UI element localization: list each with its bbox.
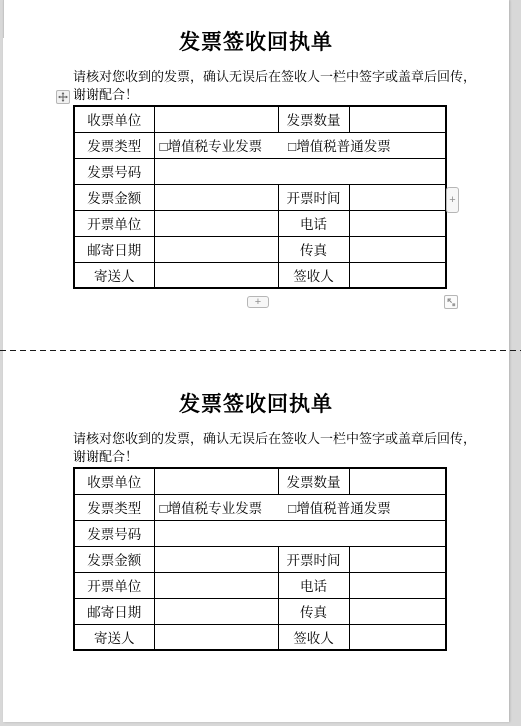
value-issuing-unit[interactable] <box>154 572 278 598</box>
table-row: 寄送人 签收人 <box>74 262 446 288</box>
form-title: 发票签收回执单 <box>3 26 509 56</box>
page-break-divider <box>0 350 521 351</box>
label-invoice-quantity: 发票数量 <box>278 468 349 494</box>
option-label-general: 增值税普通发票 <box>296 501 391 516</box>
label-invoice-number: 发票号码 <box>74 520 154 546</box>
invoice-type-option-general[interactable]: □增值税普通发票 <box>288 501 391 516</box>
label-fax: 传真 <box>278 598 349 624</box>
table-row: 发票类型 □增值税专业发票□增值税普通发票 <box>74 132 446 158</box>
document-canvas: { "background": { "outer_color": "#d8d8d… <box>0 0 521 726</box>
checkbox-empty-icon[interactable]: □ <box>160 139 168 154</box>
invoice-type-option-special[interactable]: □增值税专业发票 <box>160 501 263 516</box>
table-resize-handle[interactable] <box>444 295 458 309</box>
table-move-handle[interactable] <box>56 90 70 104</box>
label-fax: 传真 <box>278 236 349 262</box>
value-sender[interactable] <box>154 262 278 288</box>
label-recipient: 签收人 <box>278 262 349 288</box>
table-row: 寄送人 签收人 <box>74 624 446 650</box>
label-sender: 寄送人 <box>74 262 154 288</box>
label-invoice-type: 发票类型 <box>74 132 154 158</box>
form-section-2: 发票签收回执单 请核对您收到的发票，确认无误后在签收人一栏中签字或盖章后回传， … <box>3 362 509 672</box>
label-invoice-amount: 发票金额 <box>74 184 154 210</box>
value-invoice-type[interactable]: □增值税专业发票□增值税普通发票 <box>154 494 446 520</box>
value-invoice-number[interactable] <box>154 520 446 546</box>
receipt-table-1: 收票单位 发票数量 发票类型 □增值税专业发票□增值税普通发票 发票号码 发票金… <box>73 105 447 289</box>
intro-line-1: 请核对您收到的发票，确认无误后在签收人一栏中签字或盖章后回传， <box>73 68 476 86</box>
form-section-1: 发票签收回执单 请核对您收到的发票，确认无误后在签收人一栏中签字或盖章后回传， … <box>3 0 509 310</box>
intro-line-2: 谢谢配合！ <box>73 86 476 104</box>
label-phone: 电话 <box>278 210 349 236</box>
invoice-type-option-special[interactable]: □增值税专业发票 <box>160 139 263 154</box>
form-title: 发票签收回执单 <box>3 388 509 418</box>
intro-line-1: 请核对您收到的发票，确认无误后在签收人一栏中签字或盖章后回传， <box>73 430 476 448</box>
option-label-special: 增值税专业发票 <box>168 501 263 516</box>
label-issuing-unit: 开票单位 <box>74 210 154 236</box>
intro-paragraph: 请核对您收到的发票，确认无误后在签收人一栏中签字或盖章后回传， 谢谢配合！ <box>73 430 476 466</box>
add-row-button[interactable]: + <box>247 296 269 308</box>
value-mailing-date[interactable] <box>154 236 278 262</box>
intro-paragraph: 请核对您收到的发票，确认无误后在签收人一栏中签字或盖章后回传， 谢谢配合！ <box>73 68 476 104</box>
table-row: 邮寄日期 传真 <box>74 236 446 262</box>
value-invoice-type[interactable]: □增值税专业发票□增值税普通发票 <box>154 132 446 158</box>
label-invoice-amount: 发票金额 <box>74 546 154 572</box>
label-sender: 寄送人 <box>74 624 154 650</box>
intro-line-2: 谢谢配合！ <box>73 448 476 466</box>
label-receiving-unit: 收票单位 <box>74 106 154 132</box>
move-cross-icon <box>58 92 68 102</box>
value-phone[interactable] <box>349 572 446 598</box>
value-invoicing-time[interactable] <box>349 184 446 210</box>
table-row: 发票号码 <box>74 158 446 184</box>
value-fax[interactable] <box>349 598 446 624</box>
value-issuing-unit[interactable] <box>154 210 278 236</box>
value-mailing-date[interactable] <box>154 598 278 624</box>
label-recipient: 签收人 <box>278 624 349 650</box>
value-phone[interactable] <box>349 210 446 236</box>
table-row: 开票单位 电话 <box>74 572 446 598</box>
table-row: 发票金额 开票时间 <box>74 184 446 210</box>
value-invoice-quantity[interactable] <box>349 468 446 494</box>
value-invoice-number[interactable] <box>154 158 446 184</box>
label-invoice-quantity: 发票数量 <box>278 106 349 132</box>
value-receiving-unit[interactable] <box>154 106 278 132</box>
label-phone: 电话 <box>278 572 349 598</box>
table-row: 收票单位 发票数量 <box>74 106 446 132</box>
value-recipient[interactable] <box>349 624 446 650</box>
label-mailing-date: 邮寄日期 <box>74 236 154 262</box>
receipt-table-2: 收票单位 发票数量 发票类型 □增值税专业发票□增值税普通发票 发票号码 发票金… <box>73 467 447 651</box>
option-label-general: 增值税普通发票 <box>296 139 391 154</box>
label-mailing-date: 邮寄日期 <box>74 598 154 624</box>
value-invoice-amount[interactable] <box>154 546 278 572</box>
document-page: 发票签收回执单 请核对您收到的发票，确认无误后在签收人一栏中签字或盖章后回传， … <box>3 0 509 722</box>
option-label-special: 增值税专业发票 <box>168 139 263 154</box>
value-recipient[interactable] <box>349 262 446 288</box>
plus-icon: + <box>255 297 261 307</box>
plus-icon: + <box>449 194 455 206</box>
value-sender[interactable] <box>154 624 278 650</box>
value-invoicing-time[interactable] <box>349 546 446 572</box>
checkbox-empty-icon[interactable]: □ <box>160 501 168 516</box>
table-row: 收票单位 发票数量 <box>74 468 446 494</box>
value-receiving-unit[interactable] <box>154 468 278 494</box>
add-column-button[interactable]: + <box>446 187 459 213</box>
label-invoicing-time: 开票时间 <box>278 546 349 572</box>
invoice-type-option-general[interactable]: □增值税普通发票 <box>288 139 391 154</box>
table-row: 发票号码 <box>74 520 446 546</box>
table-row: 邮寄日期 传真 <box>74 598 446 624</box>
value-invoice-quantity[interactable] <box>349 106 446 132</box>
label-invoice-type: 发票类型 <box>74 494 154 520</box>
label-issuing-unit: 开票单位 <box>74 572 154 598</box>
table-row: 发票金额 开票时间 <box>74 546 446 572</box>
label-invoice-number: 发票号码 <box>74 158 154 184</box>
diagonal-resize-icon <box>446 297 456 307</box>
label-invoicing-time: 开票时间 <box>278 184 349 210</box>
table-row: 发票类型 □增值税专业发票□增值税普通发票 <box>74 494 446 520</box>
table-row: 开票单位 电话 <box>74 210 446 236</box>
value-fax[interactable] <box>349 236 446 262</box>
label-receiving-unit: 收票单位 <box>74 468 154 494</box>
value-invoice-amount[interactable] <box>154 184 278 210</box>
